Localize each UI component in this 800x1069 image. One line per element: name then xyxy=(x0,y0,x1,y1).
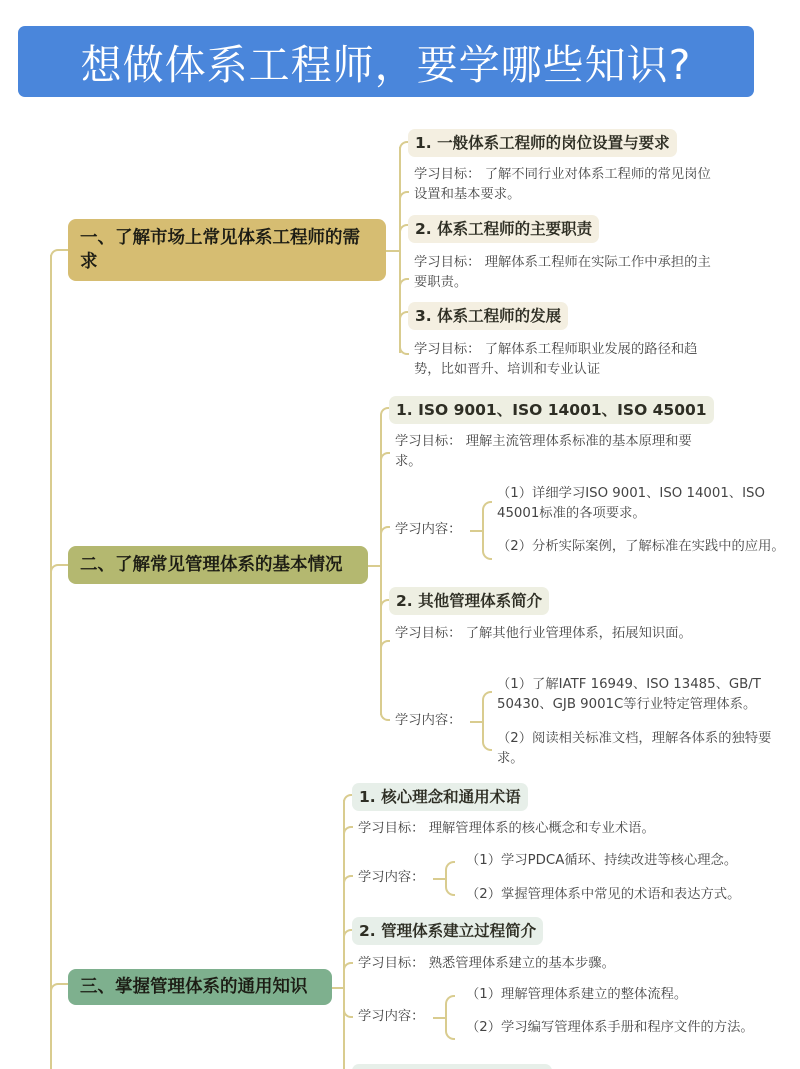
topic-label: 2. 其他管理体系简介 xyxy=(396,592,542,610)
connector xyxy=(433,1017,445,1019)
brace xyxy=(482,501,492,531)
topic-goal: 学习目标： 熟悉管理体系建立的基本步骤。 xyxy=(358,954,778,974)
section-node-general-knowledge[interactable]: 三、掌握管理体系的通用知识 xyxy=(68,969,332,1005)
root-trunk-line xyxy=(50,255,52,1069)
connector xyxy=(399,191,409,201)
connector xyxy=(50,983,68,993)
brace xyxy=(445,1017,455,1040)
topic-node[interactable]: 2. 其他管理体系简介 xyxy=(389,587,549,615)
content-item: （1）详细学习ISO 9001、ISO 14001、ISO 45001标准的各项… xyxy=(497,484,797,524)
brace xyxy=(482,530,492,560)
connector xyxy=(343,875,353,885)
content-item: （1）学习PDCA循环、持续改进等核心理念。 xyxy=(466,851,796,871)
brace xyxy=(482,721,492,751)
content-label: 学习内容： xyxy=(395,711,461,731)
brace xyxy=(445,861,455,879)
content-label: 学习内容： xyxy=(358,868,424,888)
connector xyxy=(50,564,68,574)
topic-label: 1. ISO 9001、ISO 14001、ISO 45001 xyxy=(396,401,707,419)
section-label: 三、掌握管理体系的通用知识 xyxy=(80,975,308,999)
section-node-market-demand[interactable]: 一、了解市场上常见体系工程师的需求 xyxy=(68,219,386,281)
connector xyxy=(399,147,401,353)
connector xyxy=(50,249,68,259)
topic-node[interactable]: 2. 管理体系建立过程简介 xyxy=(352,917,543,945)
connector xyxy=(368,565,380,567)
content-label: 学习内容： xyxy=(395,520,461,540)
topic-goal: 学习目标： 了解不同行业对体系工程师的常见岗位设置和基本要求。 xyxy=(414,165,724,205)
topic-node[interactable]: 1. 核心理念和通用术语 xyxy=(352,783,528,811)
topic-label: 1. 核心理念和通用术语 xyxy=(359,788,521,806)
topic-goal: 学习目标： 理解管理体系的核心概念和专业术语。 xyxy=(358,819,778,839)
topic-goal: 学习目标： 理解主流管理体系标准的基本原理和要求。 xyxy=(395,432,705,472)
connector xyxy=(380,526,390,536)
connector xyxy=(380,452,390,462)
topic-goal: 学习目标： 了解体系工程师职业发展的路径和趋势，比如晋升、培训和专业认证 xyxy=(414,340,724,380)
connector xyxy=(380,640,390,650)
connector xyxy=(399,278,409,288)
topic-label: 2. 管理体系建立过程简介 xyxy=(359,922,536,940)
topic-goal: 学习目标： 了解其他行业管理体系，拓展知识面。 xyxy=(395,624,695,644)
topic-node[interactable]: 3. 体系工程师的发展 xyxy=(408,302,568,330)
topic-node[interactable]: 1. ISO 9001、ISO 14001、ISO 45001 xyxy=(389,396,714,424)
brace xyxy=(445,878,455,896)
content-item: （2）分析实际案例，了解标准在实践中的应用。 xyxy=(497,537,797,557)
content-item: （2）学习编写管理体系手册和程序文件的方法。 xyxy=(466,1018,756,1038)
topic-label: 1. 一般体系工程师的岗位设置与要求 xyxy=(415,134,670,152)
topic-node[interactable]: 1. 一般体系工程师的岗位设置与要求 xyxy=(408,129,677,157)
title-banner: 想做体系工程师，要学哪些知识? xyxy=(18,26,754,97)
brace xyxy=(445,995,455,1018)
connector xyxy=(433,878,445,880)
section-label: 二、了解常见管理体系的基本情况 xyxy=(80,553,343,577)
connector xyxy=(386,250,400,252)
topic-node[interactable]: 2. 体系工程师的主要职责 xyxy=(408,215,599,243)
content-label: 学习内容： xyxy=(358,1007,424,1027)
connector xyxy=(399,345,409,355)
topic-label: 3. 体系工程师的发展 xyxy=(415,307,561,325)
topic-node-partial xyxy=(352,1064,552,1069)
connector xyxy=(343,826,353,836)
section-node-management-systems[interactable]: 二、了解常见管理体系的基本情况 xyxy=(68,546,368,584)
content-item: （1）了解IATF 16949、ISO 13485、GB/T 50430、GJB… xyxy=(497,675,767,715)
page-title: 想做体系工程师，要学哪些知识? xyxy=(81,32,692,91)
connector xyxy=(470,721,482,723)
content-item: （1）理解管理体系建立的整体流程。 xyxy=(466,985,766,1005)
section-label: 一、了解市场上常见体系工程师的需求 xyxy=(80,226,374,274)
connector xyxy=(380,711,390,721)
connector xyxy=(470,530,482,532)
brace xyxy=(482,691,492,722)
topic-label: 2. 体系工程师的主要职责 xyxy=(415,220,592,238)
connector xyxy=(343,962,353,972)
topic-goal: 学习目标： 理解体系工程师在实际工作中承担的主要职责。 xyxy=(414,253,724,293)
content-item: （2）掌握管理体系中常见的术语和表达方式。 xyxy=(466,885,796,905)
content-item: （2）阅读相关标准文档，理解各体系的独特要求。 xyxy=(497,729,797,769)
